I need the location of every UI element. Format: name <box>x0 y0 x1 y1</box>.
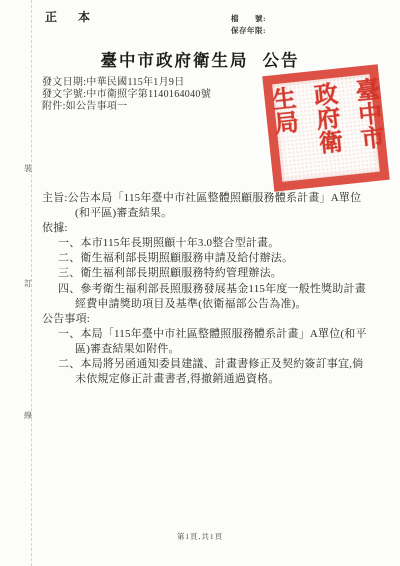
document-meta: 發文日期:中華民國115年1月9日 發文字號:中市衛照字第1140164040號… <box>42 77 211 114</box>
body-line: 區)審查結果如附件。 <box>0 342 392 357</box>
body-line: 二、本局將另函通知委員建議、計畫書修正及契約簽訂事宜,倘 <box>0 357 392 372</box>
scanned-official-document: 裝 訂 線 正 本 檔 號: 保存年限: 臺中市政府衛生局公告 發文日期:中華民… <box>0 0 400 566</box>
body-line: 依據: <box>0 221 392 236</box>
body-line: 經費申請獎助項目及基準(依衛福部公告為准)。 <box>0 297 392 312</box>
body-line: 三、衛生福利部長期照顧服務特約管理辦法。 <box>0 266 392 281</box>
official-red-seal: 臺中市政府衛生局 <box>262 64 389 191</box>
file-number-label: 檔 號: <box>231 13 266 25</box>
body-line: 未依規定修正計畫書者,得撤銷通過資格。 <box>0 372 392 387</box>
retention-period-label: 保存年限: <box>231 25 266 37</box>
body-line: 主旨:公告本局「115年臺中市社區整體照顧服務體系計畫」A單位 <box>0 191 392 206</box>
binding-mark-xian: 線 <box>22 410 34 421</box>
body-line: 公告事項: <box>0 312 392 327</box>
document-type: 公告 <box>263 51 300 70</box>
body-line: 二、衛生福利部長期照顧服務申請及給付辦法。 <box>0 251 392 266</box>
binding-mark-zhuang: 裝 <box>22 163 34 174</box>
attachment-line: 附件:如公告事項一 <box>42 101 211 113</box>
issuing-agency-name: 臺中市政府衛生局 <box>101 51 249 70</box>
page-number-footer: 第1頁,共1頁 <box>0 531 400 542</box>
issue-date-line: 發文日期:中華民國115年1月9日 <box>42 77 211 89</box>
seal-text: 臺中市政府衛生局 <box>259 76 394 181</box>
body-line: 一、本市115年長期照顧十年3.0整合型計畫。 <box>0 236 392 251</box>
body-line: 四、參考衛生福利部長照服務發展基金115年度一般性獎助計畫 <box>0 282 392 297</box>
body-line: 一、本局「115年臺中市社區整體照服務體系計畫」A單位(和平 <box>0 327 392 342</box>
file-number-block: 檔 號: 保存年限: <box>231 13 266 37</box>
copy-type-label: 正 本 <box>45 8 99 25</box>
document-body: 主旨:公告本局「115年臺中市社區整體照顧服務體系計畫」A單位(和平區)審查結果… <box>0 191 392 387</box>
reference-number-line: 發文字號:中市衛照字第1140164040號 <box>42 89 211 101</box>
body-line: (和平區)審查結果。 <box>0 206 392 221</box>
